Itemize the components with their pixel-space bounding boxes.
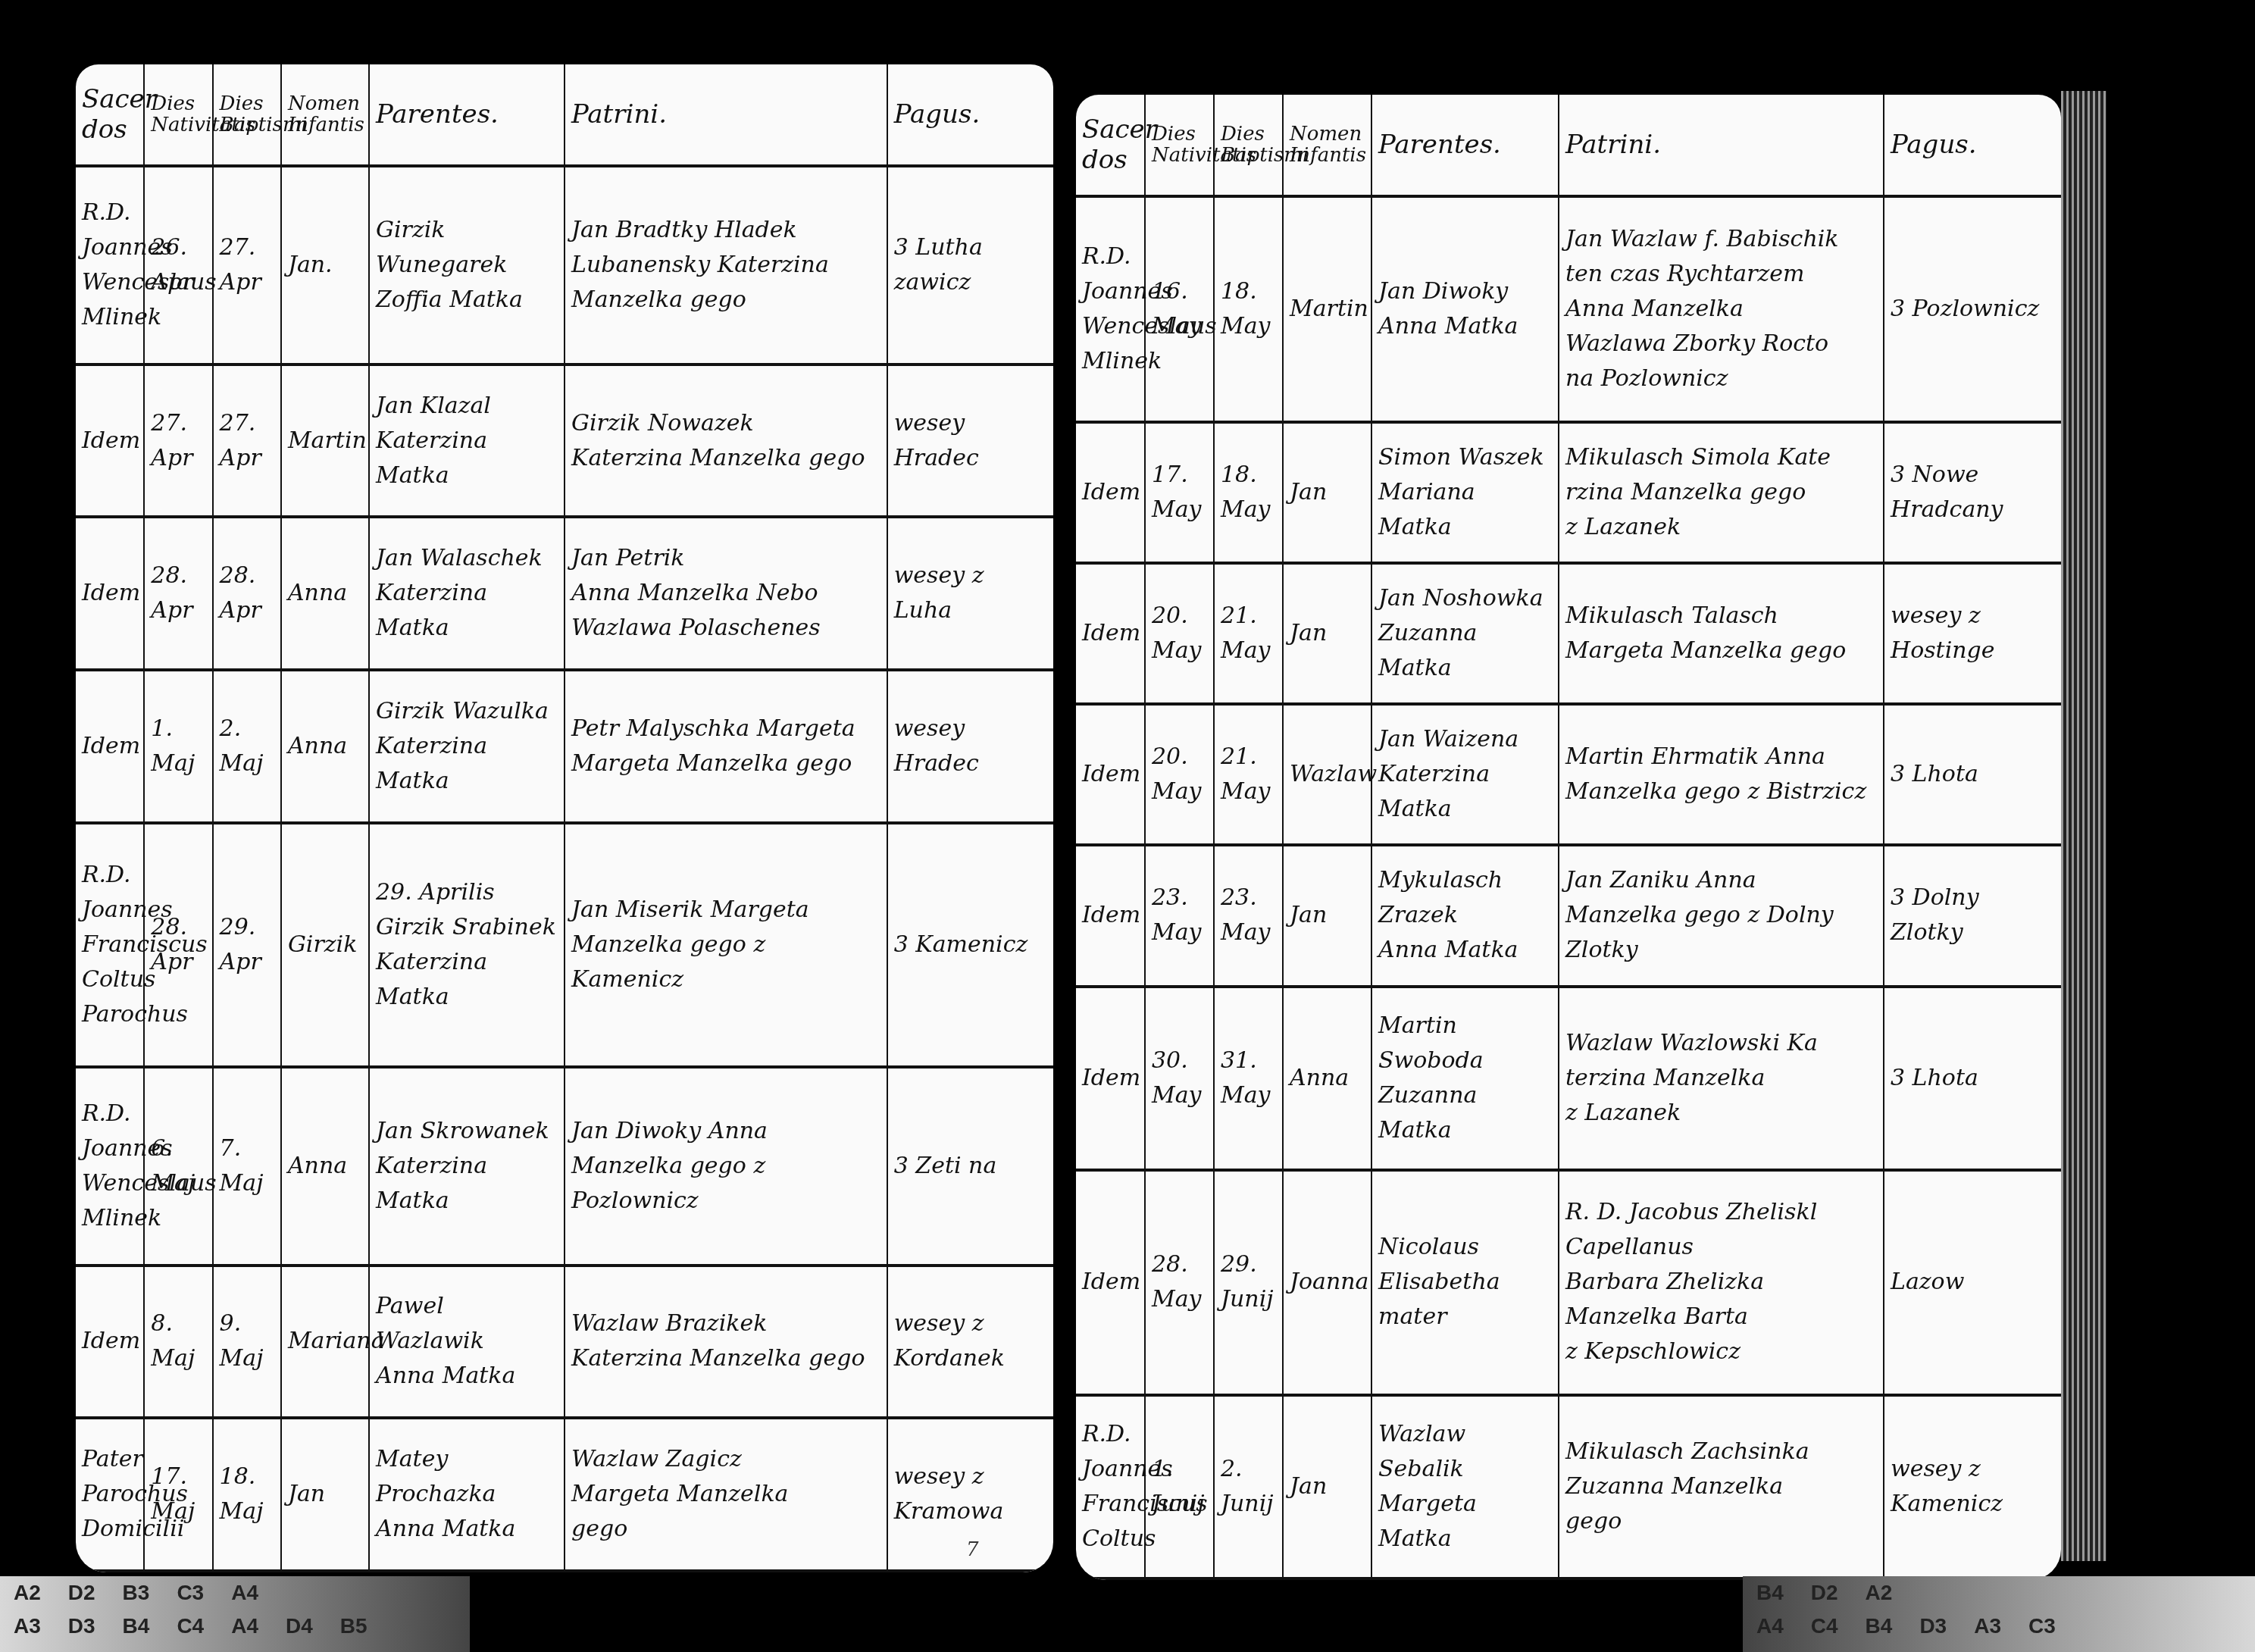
cell-nomen: Jan [1283, 845, 1371, 986]
right-register-page: Sacer dos Dies Nativitatis Dies Baptismi… [1076, 95, 2061, 1580]
header-dies-nativitatis: Dies Nativitatis [1145, 95, 1214, 196]
cell-patrini: Girzik NowazekKaterzina Manzelka gego [565, 365, 887, 518]
cell-bapt: 23. May [1214, 845, 1283, 986]
cell-parentes: Pawel WazlawikAnna Matka [369, 1266, 565, 1419]
cell-parentes: Jan WalaschekKaterzina Matka [369, 517, 565, 670]
cell-nativ: 17. Maj [144, 1418, 212, 1571]
cell-nomen: Anna [281, 670, 369, 823]
cell-parentes: Simon WaszekMariana Matka [1371, 422, 1559, 563]
cell-sacerdos: R.D. Joannes Wenceslaus Mlinek [76, 166, 144, 365]
left-register-table: Sacer dos Dies Nativitatis Dies Baptismi… [76, 64, 1053, 1572]
cell-nativ: 16. May [1145, 196, 1214, 422]
cell-pagus: 3 Nowe Hradcany [1884, 422, 2061, 563]
cell-patrini: Jan Diwoky AnnaManzelka gego z Pozlownic… [565, 1067, 887, 1266]
cell-nativ: 27. Apr [144, 365, 212, 518]
cell-patrini: Wazlaw ZagiczMargeta Manzelkagego [565, 1418, 887, 1571]
ruler-label: D2 [1811, 1581, 1838, 1605]
ruler-label: B3 [123, 1581, 150, 1605]
header-sacerdos: Sacer dos [76, 64, 144, 166]
cell-sacerdos: Idem [1076, 422, 1145, 563]
register-entry-row: Idem1. Maj2. MajAnnaGirzik WazulkaKaterz… [76, 670, 1053, 823]
header-sacerdos: Sacer dos [1076, 95, 1145, 196]
cell-bapt: 18. May [1214, 196, 1283, 422]
register-entry-row: R.D. Joannes Franciscus Coltus Parochus2… [76, 823, 1053, 1067]
register-entry-row: Idem28. Apr28. AprAnnaJan WalaschekKater… [76, 517, 1053, 670]
cell-bapt: 29. Junij [1214, 1170, 1283, 1396]
cell-bapt: 2. Maj [213, 670, 281, 823]
cell-sacerdos: Idem [1076, 563, 1145, 704]
cell-parentes: Wazlaw SebalikMargeta Matka [1371, 1395, 1559, 1578]
cell-nomen: Anna [1283, 987, 1371, 1170]
cell-pagus: wesey Hradec [887, 670, 1053, 823]
ruler-label: B5 [340, 1614, 367, 1638]
ruler-label: A3 [14, 1614, 41, 1638]
cell-nativ: 20. May [1145, 563, 1214, 704]
cell-parentes: Matey ProchazkaAnna Matka [369, 1418, 565, 1571]
cell-bapt: 9. Maj [213, 1266, 281, 1419]
ruler-label: A3 [1974, 1614, 2001, 1638]
cell-nomen: Wazlaw [1283, 704, 1371, 845]
cell-pagus: 3 Lutha zawicz [887, 166, 1053, 365]
cell-sacerdos: Idem [76, 517, 144, 670]
cell-parentes: Jan WaizenaKaterzina Matka [1371, 704, 1559, 845]
cell-nomen: Martin [1283, 196, 1371, 422]
color-scale-ruler-left: A2D2B3C3A4A3D3B4C4A4D4B5 [0, 1576, 470, 1652]
cell-parentes: Girzik WazulkaKaterzina Matka [369, 670, 565, 823]
header-patrini: Patrini. [565, 64, 887, 166]
color-scale-ruler-right: B4D2A2A4C4B4D3A3C3 [1743, 1576, 2255, 1652]
cell-nativ: 6. Maj [144, 1067, 212, 1266]
ruler-label: D3 [68, 1614, 95, 1638]
cell-pagus: wesey z Kamenicz [1884, 1395, 2061, 1578]
cell-parentes: Jan DiwokyAnna Matka [1371, 196, 1559, 422]
cell-parentes: Girzik WunegarekZoffia Matka [369, 166, 565, 365]
register-entry-row: Idem27. Apr27. AprMartinJan KlazalKaterz… [76, 365, 1053, 518]
cell-patrini: Mikulasch Simola Katerzina Manzelka gego… [1559, 422, 1884, 563]
cell-sacerdos: Idem [76, 1266, 144, 1419]
left-register-page: Sacer dos Dies Nativitatis Dies Baptismi… [76, 64, 1053, 1572]
cell-nomen: Jan [1283, 422, 1371, 563]
cell-sacerdos: Idem [76, 365, 144, 518]
cell-pagus: 3 Zeti na [887, 1067, 1053, 1266]
ruler-label: D2 [68, 1581, 95, 1605]
cell-patrini: Jan Bradtky HladekLubanensky KaterzinaMa… [565, 166, 887, 365]
header-pagus: Pagus. [1884, 95, 2061, 196]
ruler-label: B4 [1866, 1614, 1893, 1638]
cell-bapt: 18. May [1214, 422, 1283, 563]
cell-patrini: Martin Ehrmatik AnnaManzelka gego z Bist… [1559, 704, 1884, 845]
ruler-label: D4 [286, 1614, 313, 1638]
cell-bapt: 21. May [1214, 704, 1283, 845]
cell-nomen: Anna [281, 517, 369, 670]
cell-parentes: Martin SwobodaZuzanna Matka [1371, 987, 1559, 1170]
cell-bapt: 27. Apr [213, 166, 281, 365]
cell-nomen: Jan [281, 1418, 369, 1571]
cell-nomen: Jan [1283, 563, 1371, 704]
header-pagus: Pagus. [887, 64, 1053, 166]
cell-parentes: NicolausElisabethamater [1371, 1170, 1559, 1396]
cell-sacerdos: Idem [1076, 1170, 1145, 1396]
cell-nomen: Martin [281, 365, 369, 518]
cell-bapt: 2. Junij [1214, 1395, 1283, 1578]
header-parentes: Parentes. [1371, 95, 1559, 196]
cell-sacerdos: R.D. Joannes Franciscus Coltus [1076, 1395, 1145, 1578]
cell-patrini: Jan Wazlaw f. Babischikten czas Rychtarz… [1559, 196, 1884, 422]
cell-pagus: 3 Dolny Zlotky [1884, 845, 2061, 986]
cell-pagus: 3 Pozlownicz [1884, 196, 2061, 422]
cell-bapt: 7. Maj [213, 1067, 281, 1266]
ruler-label: B4 [123, 1614, 150, 1638]
cell-patrini: Wazlaw BrazikekKaterzina Manzelka gego [565, 1266, 887, 1419]
header-dies-baptismi: Dies Baptismi [1214, 95, 1283, 196]
cell-patrini: Jan Zaniku AnnaManzelka gego z DolnyZlot… [1559, 845, 1884, 986]
cell-patrini: Wazlaw Wazlowski Katerzina Manzelkaz Laz… [1559, 987, 1884, 1170]
cell-parentes: Jan KlazalKaterzina Matka [369, 365, 565, 518]
cell-nativ: 28. Apr [144, 517, 212, 670]
cell-nomen: Anna [281, 1067, 369, 1266]
register-entry-row: Idem17. May18. MayJanSimon WaszekMariana… [1076, 422, 2061, 563]
register-entry-row: Idem20. May21. MayJanJan NoshowkaZuzanna… [1076, 563, 2061, 704]
cell-nomen: Joanna [1283, 1170, 1371, 1396]
cell-sacerdos: R.D. Joannes Wenceslaus Mlinek [76, 1067, 144, 1266]
ruler-label: A4 [231, 1614, 258, 1638]
cell-bapt: 21. May [1214, 563, 1283, 704]
cell-sacerdos: Idem [76, 670, 144, 823]
ruler-label: C4 [177, 1614, 204, 1638]
register-entry-row: Idem30. May31. MayAnnaMartin SwobodaZuza… [1076, 987, 2061, 1170]
register-entry-row: R.D. Joannes Wenceslaus Mlinek26. Apr27.… [76, 166, 1053, 365]
ruler-label: A4 [231, 1581, 258, 1605]
book-page-edges [2061, 91, 2106, 1561]
cell-sacerdos: Idem [1076, 987, 1145, 1170]
cell-nativ: 8. Maj [144, 1266, 212, 1419]
ruler-label: C3 [177, 1581, 204, 1605]
cell-nativ: 20. May [1145, 704, 1214, 845]
cell-nomen: Jan [1283, 1395, 1371, 1578]
ruler-label: D3 [1919, 1614, 1947, 1638]
register-entry-row: R.D. Joannes Wenceslaus Mlinek16. May18.… [1076, 196, 2061, 422]
register-entry-row: Idem28. May29. JunijJoannaNicolausElisab… [1076, 1170, 2061, 1396]
cell-bapt: 29. Apr [213, 823, 281, 1067]
register-entry-row: Idem8. Maj9. MajMarianaPawel WazlawikAnn… [76, 1266, 1053, 1419]
cell-bapt: 27. Apr [213, 365, 281, 518]
header-dies-baptismi: Dies Baptismi [213, 64, 281, 166]
cell-patrini: Petr Malyschka MargetaMargeta Manzelka g… [565, 670, 887, 823]
cell-patrini: Mikulasch TalaschMargeta Manzelka gego [1559, 563, 1884, 704]
cell-patrini: Jan PetrikAnna Manzelka NeboWazlawa Pola… [565, 517, 887, 670]
cell-nativ: 23. May [1145, 845, 1214, 986]
cell-nativ: 30. May [1145, 987, 1214, 1170]
header-dies-nativitatis: Dies Nativitatis [144, 64, 212, 166]
register-entry-row: R.D. Joannes Franciscus Coltus1. Junij2.… [1076, 1395, 2061, 1578]
cell-bapt: 31. May [1214, 987, 1283, 1170]
register-entry-row: Idem23. May23. MayJanMykulasch ZrazekAnn… [1076, 845, 2061, 986]
cell-pagus: 3 Kamenicz [887, 823, 1053, 1067]
cell-parentes: Mykulasch ZrazekAnna Matka [1371, 845, 1559, 986]
cell-nativ: 28. May [1145, 1170, 1214, 1396]
ruler-label: A2 [14, 1581, 41, 1605]
cell-parentes: Jan SkrowanekKaterzina Matka [369, 1067, 565, 1266]
cell-parentes: Jan NoshowkaZuzanna Matka [1371, 563, 1559, 704]
ruler-label: A2 [1866, 1581, 1893, 1605]
cell-pagus: wesey z Luha [887, 517, 1053, 670]
ruler-label: A4 [1756, 1614, 1784, 1638]
header-nomen-infantis: Nomen Infantis [281, 64, 369, 166]
cell-pagus: wesey Hradec [887, 365, 1053, 518]
cell-sacerdos: Pater Parochus Domicilii [76, 1418, 144, 1571]
cell-pagus: wesey z Kordanek [887, 1266, 1053, 1419]
cell-bapt: 18. Maj [213, 1418, 281, 1571]
cell-pagus: Lazow [1884, 1170, 2061, 1396]
cell-nativ: 17. May [1145, 422, 1214, 563]
header-nomen-infantis: Nomen Infantis [1283, 95, 1371, 196]
cell-nomen: Mariana [281, 1266, 369, 1419]
register-entry-row: R.D. Joannes Wenceslaus Mlinek6. Maj7. M… [76, 1067, 1053, 1266]
cell-patrini: Jan Miserik MargetaManzelka gego z Kamen… [565, 823, 887, 1067]
cell-nativ: 26. Apr [144, 166, 212, 365]
ruler-label: C3 [2028, 1614, 2056, 1638]
cell-sacerdos: R.D. Joannes Wenceslaus Mlinek [1076, 196, 1145, 422]
right-register-table: Sacer dos Dies Nativitatis Dies Baptismi… [1076, 95, 2061, 1580]
cell-sacerdos: Idem [1076, 704, 1145, 845]
cell-pagus: 3 Lhota [1884, 987, 2061, 1170]
cell-nativ: 1. Maj [144, 670, 212, 823]
header-parentes: Parentes. [369, 64, 565, 166]
cell-pagus: 3 Lhota [1884, 704, 2061, 845]
cell-pagus: wesey z Hostinge [1884, 563, 2061, 704]
cell-parentes: 29. AprilisGirzik SrabinekKaterzina Matk… [369, 823, 565, 1067]
page-mark: 7 [966, 1538, 979, 1561]
cell-nomen: Jan. [281, 166, 369, 365]
header-patrini: Patrini. [1559, 95, 1884, 196]
cell-patrini: R. D. Jacobus Zheliskl CapellanusBarbara… [1559, 1170, 1884, 1396]
ruler-label: B4 [1756, 1581, 1784, 1605]
cell-bapt: 28. Apr [213, 517, 281, 670]
cell-sacerdos: Idem [1076, 845, 1145, 986]
cell-sacerdos: R.D. Joannes Franciscus Coltus Parochus [76, 823, 144, 1067]
cell-nomen: Girzik [281, 823, 369, 1067]
register-entry-row: Idem20. May21. MayWazlawJan WaizenaKater… [1076, 704, 2061, 845]
register-entry-row: Pater Parochus Domicilii17. Maj18. MajJa… [76, 1418, 1053, 1571]
ruler-label: C4 [1811, 1614, 1838, 1638]
cell-patrini: Mikulasch ZachsinkaZuzanna Manzelkagego [1559, 1395, 1884, 1578]
